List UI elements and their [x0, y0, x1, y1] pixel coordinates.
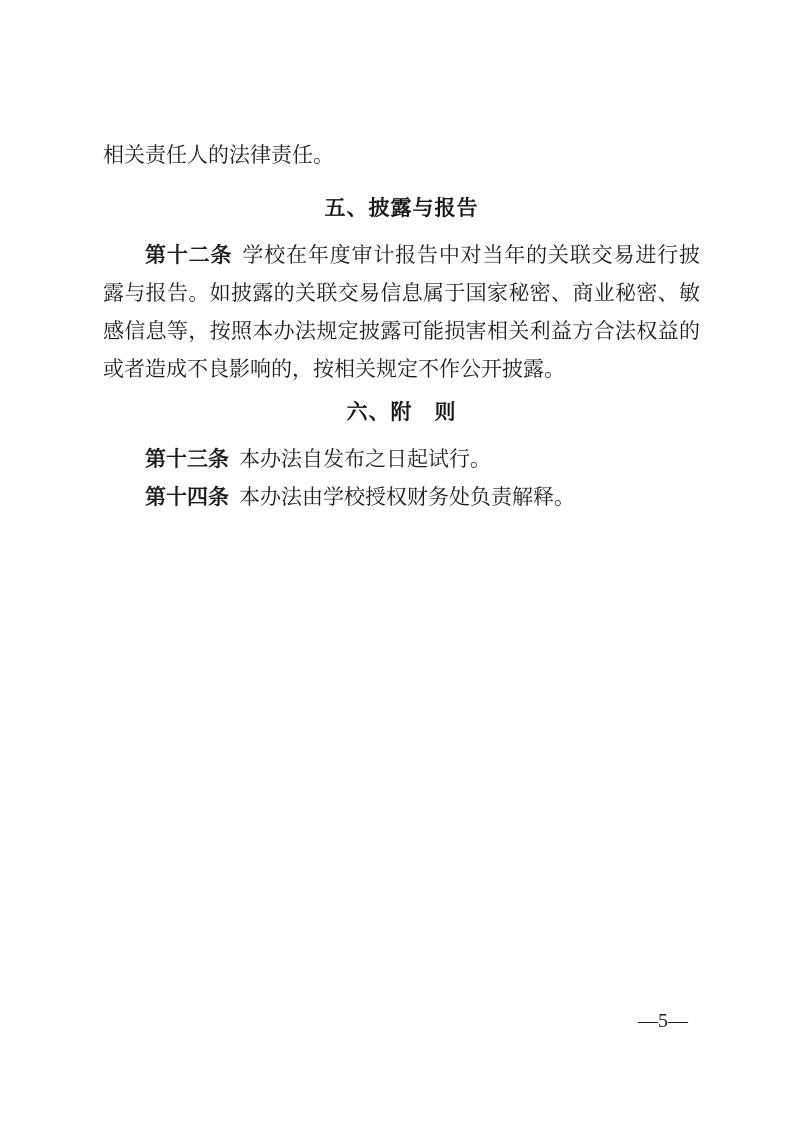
article-14-text: 本办法由学校授权财务处负责解释。 — [239, 485, 575, 509]
paragraph-continuation: 相关责任人的法律责任。 — [103, 136, 700, 174]
article-12-label: 第十二条 — [145, 243, 232, 267]
article-14-label: 第十四条 — [145, 485, 229, 509]
page-number: —5— — [638, 1008, 688, 1034]
article-13-label: 第十三条 — [145, 447, 229, 471]
article-13: 第十三条本办法自发布之日起试行。 — [103, 440, 700, 478]
article-12: 第十二条学校在年度审计报告中对当年的关联交易进行披露与报告。如披露的关联交易信息… — [103, 236, 700, 388]
document-page: 相关责任人的法律责任。 五、披露与报告 第十二条学校在年度审计报告中对当年的关联… — [0, 0, 794, 1122]
document-content: 相关责任人的法律责任。 五、披露与报告 第十二条学校在年度审计报告中对当年的关联… — [103, 136, 700, 516]
article-14: 第十四条本办法由学校授权财务处负责解释。 — [103, 478, 700, 516]
section-heading-disclosure: 五、披露与报告 — [103, 190, 700, 228]
section-heading-appendix: 六、附 则 — [103, 394, 700, 432]
article-13-text: 本办法自发布之日起试行。 — [239, 447, 491, 471]
